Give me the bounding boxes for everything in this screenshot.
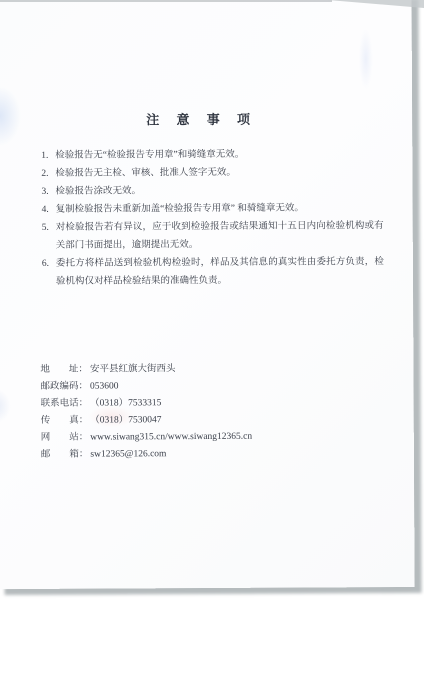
contact-label: 邮政编码：: [40, 379, 88, 396]
contact-row-fax: 传 真： （0318）7530047: [41, 412, 252, 430]
contact-label: 邮 箱：: [41, 447, 89, 464]
contact-row-website: 网 站： www.siwang315.cn/www.siwang12365.cn: [41, 429, 252, 447]
page-title: 注 意 事 项: [0, 108, 412, 129]
contact-label: 联系电话：: [41, 396, 89, 413]
document-page: 注 意 事 项 1. 检验报告无“检验报告专用章”和骑缝章无效。 2. 检验报告…: [0, 0, 415, 589]
note-text: 检验报告无主检、审核、批准人签字无效。: [55, 163, 383, 183]
note-number: 6.: [42, 255, 56, 291]
contact-row-postcode: 邮政编码： 053600: [40, 378, 251, 396]
note-text: 复制检验报告未重新加盖“检验报告专用章” 和骑缝章无效。: [56, 199, 384, 219]
contact-value: （0318）7533315: [90, 395, 161, 412]
contact-value: 053600: [90, 378, 119, 395]
contact-block: 地 址： 安平县红旗大街西头 邮政编码： 053600 联系电话： （0318）…: [40, 361, 252, 464]
note-item: 1. 检验报告无“检验报告专用章”和骑缝章无效。: [41, 145, 383, 165]
note-number: 1.: [41, 147, 55, 165]
contact-label: 地 址：: [40, 362, 88, 379]
note-item: 2. 检验报告无主检、审核、批准人签字无效。: [41, 163, 383, 183]
contact-label: 传 真：: [41, 413, 89, 430]
scan-smudge: [359, 29, 373, 89]
note-item: 3. 检验报告涂改无效。: [41, 181, 383, 201]
note-number: 5.: [42, 219, 56, 255]
note-item: 5. 对检验报告若有异议，应于收到检验报告或结果通知十五日内向检验机构或有关部门…: [42, 217, 384, 255]
note-text: 委托方将样品送到检验机构检验时，样品及其信息的真实性由委托方负责，检验机构仅对样…: [56, 253, 384, 291]
contact-value: www.siwang315.cn/www.siwang12365.cn: [90, 429, 252, 447]
note-item: 6. 委托方将样品送到检验机构检验时，样品及其信息的真实性由委托方负责，检验机构…: [42, 253, 384, 291]
contact-row-email: 邮 箱： sw12365@126.com: [41, 446, 252, 464]
note-number: 2.: [41, 165, 55, 183]
scan-top-edge: [0, 0, 332, 2]
note-number: 4.: [42, 201, 56, 219]
note-text: 对检验报告若有异议，应于收到检验报告或结果通知十五日内向检验机构或有关部门书面提…: [56, 217, 384, 255]
scan-smudge: [0, 389, 11, 423]
note-item: 4. 复制检验报告未重新加盖“检验报告专用章” 和骑缝章无效。: [42, 199, 384, 219]
contact-value: 安平县红旗大街西头: [90, 361, 176, 378]
notes-list: 1. 检验报告无“检验报告专用章”和骑缝章无效。 2. 检验报告无主检、审核、批…: [41, 145, 384, 291]
note-text: 检验报告涂改无效。: [55, 181, 383, 201]
contact-row-address: 地 址： 安平县红旗大街西头: [40, 361, 251, 379]
contact-value: sw12365@126.com: [90, 446, 166, 463]
note-number: 3.: [41, 183, 55, 201]
contact-label: 网 站：: [41, 430, 89, 447]
contact-value: （0318）7530047: [90, 412, 161, 429]
contact-row-phone: 联系电话： （0318）7533315: [41, 395, 252, 413]
note-text: 检验报告无“检验报告专用章”和骑缝章无效。: [55, 145, 383, 165]
scan-background: 注 意 事 项 1. 检验报告无“检验报告专用章”和骑缝章无效。 2. 检验报告…: [0, 0, 424, 700]
